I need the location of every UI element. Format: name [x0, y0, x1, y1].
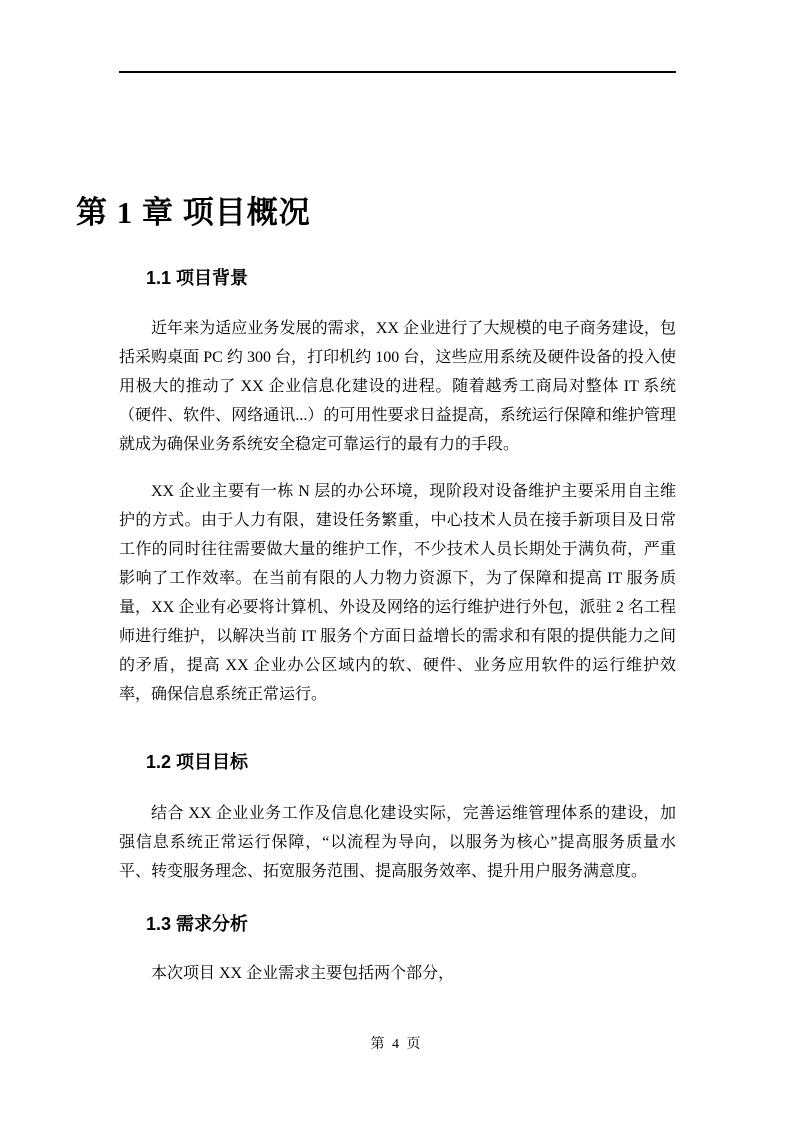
section-heading-1-1: 1.1 项目背景: [146, 266, 676, 290]
body-paragraph: XX 企业主要有一栋 N 层的办公环境，现阶段对设备维护主要采用自主维护的方式。…: [119, 477, 676, 709]
body-paragraph: 结合 XX 企业业务工作及信息化建设实际，完善运维管理体系的建设，加强信息系统正…: [119, 799, 676, 886]
body-paragraph: 近年来为适应业务发展的需求，XX 企业进行了大规模的电子商务建设，包括采购桌面 …: [119, 314, 676, 459]
section-heading-1-3: 1.3 需求分析: [146, 912, 676, 936]
document-page: 第 1 章 项目概况 1.1 项目背景 近年来为适应业务发展的需求，XX 企业进…: [0, 0, 793, 1122]
section-heading-1-2: 1.2 项目目标: [146, 750, 676, 774]
chapter-title: 第 1 章 项目概况: [76, 193, 676, 233]
page-content: 第 1 章 项目概况 1.1 项目背景 近年来为适应业务发展的需求，XX 企业进…: [119, 0, 676, 988]
body-paragraph: 本次项目 XX 企业需求主要包括两个部分，: [119, 959, 676, 988]
page-number: 第 4 页: [0, 1035, 793, 1055]
